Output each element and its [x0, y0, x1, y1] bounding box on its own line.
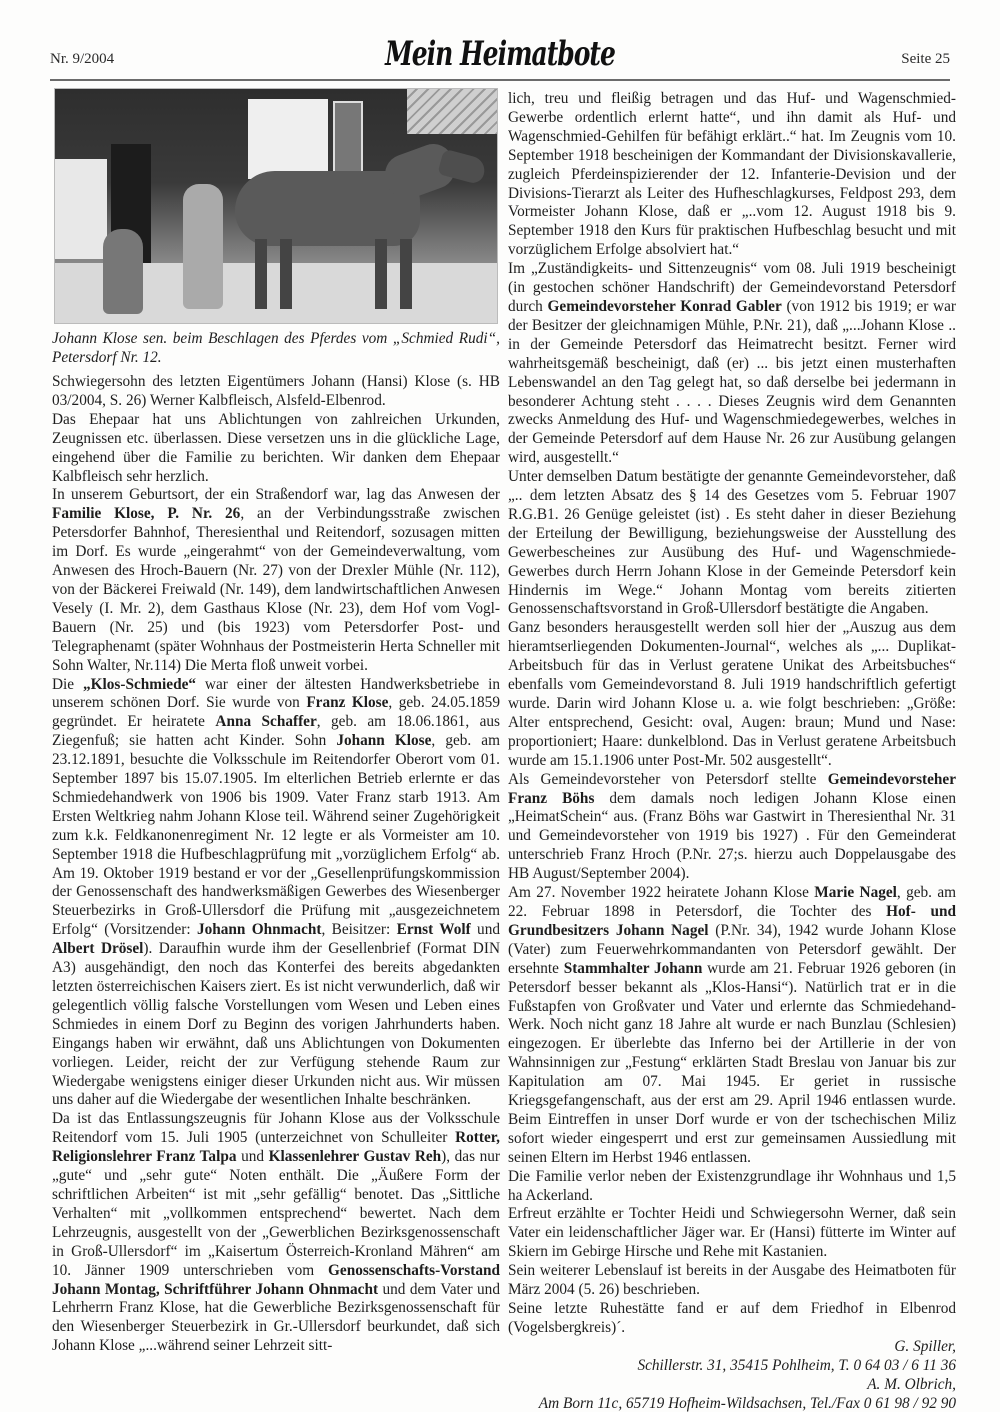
- paragraph: Seine letzte Ruhestätte fand er auf dem …: [508, 1300, 956, 1338]
- paragraph: Als Gemeindevorsteher von Petersdorf ste…: [508, 771, 956, 884]
- paragraph: Am 27. November 1922 heiratete Johann Kl…: [508, 884, 956, 1168]
- paragraph: Das Ehepaar hat uns Ablichtungen von zah…: [52, 411, 500, 487]
- paragraph: Die „Klos-Schmiede“ war einer der ältest…: [52, 676, 500, 1111]
- author-address: Schillerstr. 31, 35415 Pohlheim, T. 0 64…: [508, 1357, 956, 1376]
- author-signature: A. M. Olbrich,: [508, 1376, 956, 1395]
- left-column: Johann Klose sen. beim Beschlagen des Pf…: [52, 88, 500, 1356]
- masthead-logo: Mein Heimatbote: [385, 34, 615, 73]
- paragraph: Unter demselben Datum bestätigte der gen…: [508, 468, 956, 619]
- page-header: Nr. 9/2004 Mein Heimatbote Seite 25: [50, 45, 950, 75]
- author-address: Am Born 11c, 65719 Hofheim-Wildsachsen, …: [508, 1395, 956, 1412]
- paragraph: Da ist das Entlassungszeugnis für Johann…: [52, 1110, 500, 1356]
- page-number: Seite 25: [901, 51, 950, 68]
- issue-number: Nr. 9/2004: [50, 51, 114, 68]
- historical-photo: [54, 88, 498, 324]
- paragraph: Erfreut erzählte er Tochter Heidi und Sc…: [508, 1205, 956, 1262]
- author-signature: G. Spiller,: [508, 1338, 956, 1357]
- right-column: lich, treu und fleißig betragen und das …: [508, 90, 956, 1412]
- paragraph: In unserem Geburtsort, der ein Straßendo…: [52, 486, 500, 675]
- paragraph: Ganz besonders herausgestellt werden sol…: [508, 619, 956, 770]
- newspaper-page: Nr. 9/2004 Mein Heimatbote Seite 25 Joha…: [0, 0, 1000, 1412]
- photo-caption: Johann Klose sen. beim Beschlagen des Pf…: [52, 330, 500, 367]
- paragraph: Die Familie verlor neben der Existenzgru…: [508, 1168, 956, 1206]
- header-divider: [50, 79, 950, 81]
- paragraph: lich, treu und fleißig betragen und das …: [508, 90, 956, 260]
- paragraph: Schwiegersohn des letzten Eigentümers Jo…: [52, 373, 500, 411]
- paragraph: Sein weiterer Lebenslauf ist bereits in …: [508, 1262, 956, 1300]
- paragraph: Im „Zuständigkeits- und Sittenzeugnis“ v…: [508, 260, 956, 468]
